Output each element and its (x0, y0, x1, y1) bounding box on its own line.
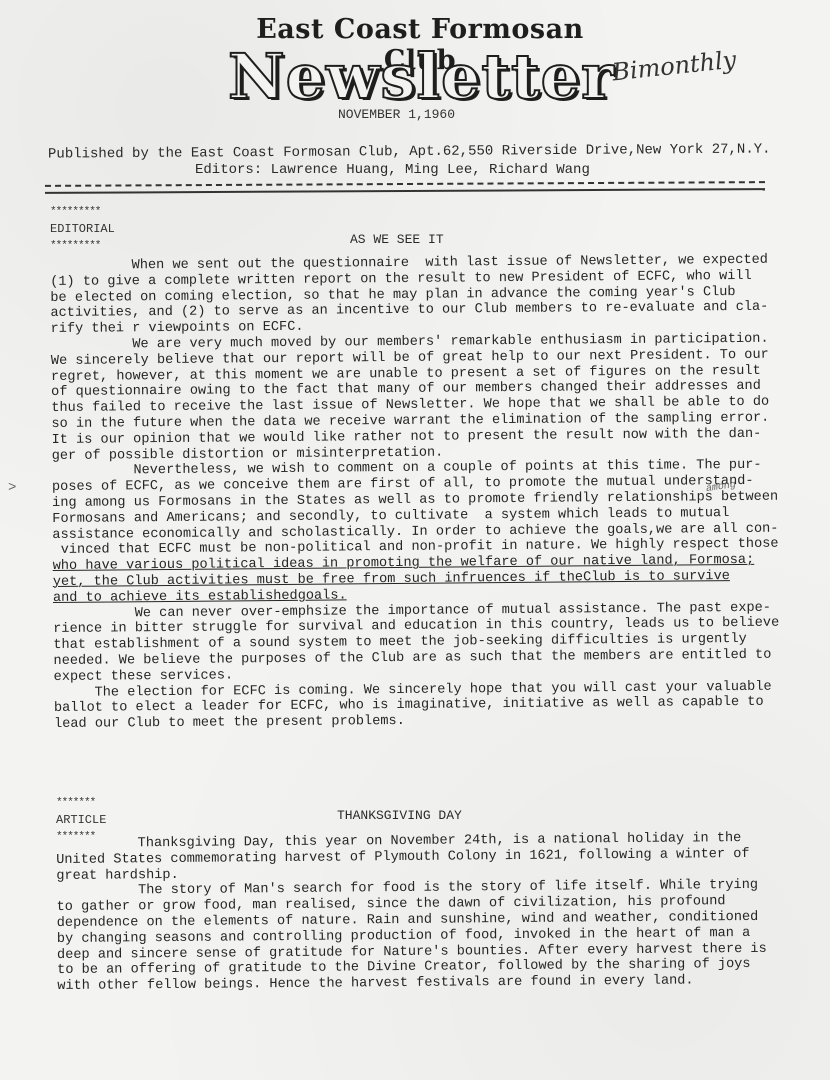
editors-line: Editors: Lawrence Huang, Ming Lee, Richa… (195, 162, 590, 178)
handwritten-note: Bimonthly (611, 46, 738, 87)
publisher-line: Published by the East Coast Formosan Clu… (48, 141, 778, 162)
stars-divider: ******* (56, 797, 106, 810)
article-title: THANKSGIVING DAY (337, 808, 462, 823)
header-solid-rule (45, 188, 765, 194)
stars-divider: ********* (50, 206, 115, 219)
editorial-body: When we sent out the questionnaire with … (50, 253, 794, 733)
newsletter-page: East Coast Formosan Club Newsletter Bimo… (0, 0, 830, 1080)
header-dashed-rule (45, 181, 765, 187)
stars-divider: ********* (50, 240, 115, 253)
masthead-title: Newsletter (228, 40, 615, 113)
section-label: ARTICLE (56, 814, 106, 827)
editorial-title: AS WE SEE IT (350, 232, 444, 247)
editorial-section-tag: ********* EDITORIAL ********* (50, 206, 115, 253)
article-body: Thanksgiving Day, this year on November … (56, 831, 797, 995)
section-label: EDITORIAL (50, 223, 115, 236)
margin-mark: > (8, 480, 16, 496)
issue-date: NOVEMBER 1,1960 (338, 107, 455, 122)
